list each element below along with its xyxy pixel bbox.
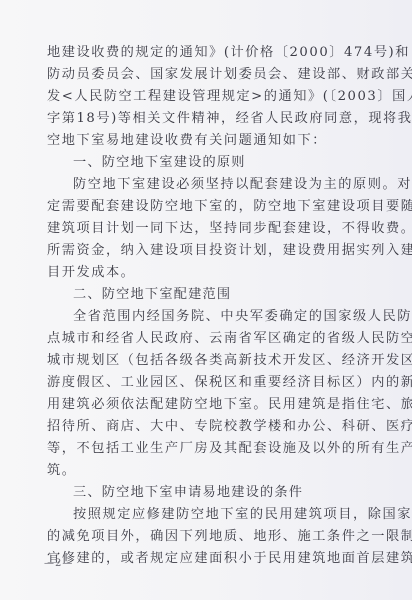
body-line: 等，不包括工业生产厂房及其配套设施及以外的所有生产性建 [47, 438, 383, 460]
body-line: 防动员委员会、国家发展计划委员会、建设部、财政部关于颁 [47, 64, 383, 86]
body-line: 游度假区、工业园区、保税区和重要经济目标区）内的新建民 [47, 372, 383, 394]
body-line: 发<人民防空工程建设管理规定>的通知》(〔2003〕国人防办 [47, 86, 383, 108]
section-heading-principle: 一、防空地下室建设的原则 [47, 152, 383, 174]
document-page: 地建设收费的规定的通知》(计价格〔2000〕474号)和《国家国 防动员委员会、… [0, 0, 412, 600]
section-heading-scope: 二、防空地下室配建范围 [47, 284, 383, 306]
body-line: 定需要配套建设防空地下室的，防空地下室建设项目要随民用 [47, 196, 383, 218]
body-line: 目开发成本。 [47, 262, 383, 284]
body-line: 的减免项目外，确因下列地质、地形、施工条件之一限制，不 [47, 526, 383, 548]
page-number: —2— [44, 558, 73, 569]
body-line: 城市规划区（包括各级各类高新技术开发区、经济开发区、旅 [47, 350, 383, 372]
body-line: 空地下室易地建设收费有关问题通知如下： [47, 130, 383, 152]
body-line: 点城市和经省人民政府、云南省军区确定的省级人民防空重点 [47, 328, 383, 350]
body-line: 宜修建的，或者规定应建面积小于民用建筑地面首层建筑面积 [47, 548, 383, 570]
body-line: 用建筑必须依法配建防空地下室。民用建筑是指住宅、旅馆、 [47, 394, 383, 416]
body-line: 防空地下室建设必须坚持以配套建设为主的原则。对按规 [47, 174, 383, 196]
section-heading-conditions: 三、防空地下室申请易地建设的条件 [47, 482, 383, 504]
body-line: 建筑项目计划一同下达，坚持同步配套建设，不得收费。建设 [47, 218, 383, 240]
body-line: 全省范围内经国务院、中央军委确定的国家级人民防空重 [47, 306, 383, 328]
document-body: 地建设收费的规定的通知》(计价格〔2000〕474号)和《国家国 防动员委员会、… [47, 42, 383, 570]
body-line: 按照规定应修建防空地下室的民用建筑项目，除国家规定 [47, 504, 383, 526]
body-line: 筑。 [47, 460, 383, 482]
body-line: 地建设收费的规定的通知》(计价格〔2000〕474号)和《国家国 [47, 42, 383, 64]
body-line: 招待所、商店、大中、专院校教学楼和办公、科研、医疗用房 [47, 416, 383, 438]
body-line: 所需资金，纳入建设项目投资计划，建设费用据实列入建设项 [47, 240, 383, 262]
body-line: 字第18号)等相关文件精神，经省人民政府同意，现将我省防 [47, 108, 383, 130]
